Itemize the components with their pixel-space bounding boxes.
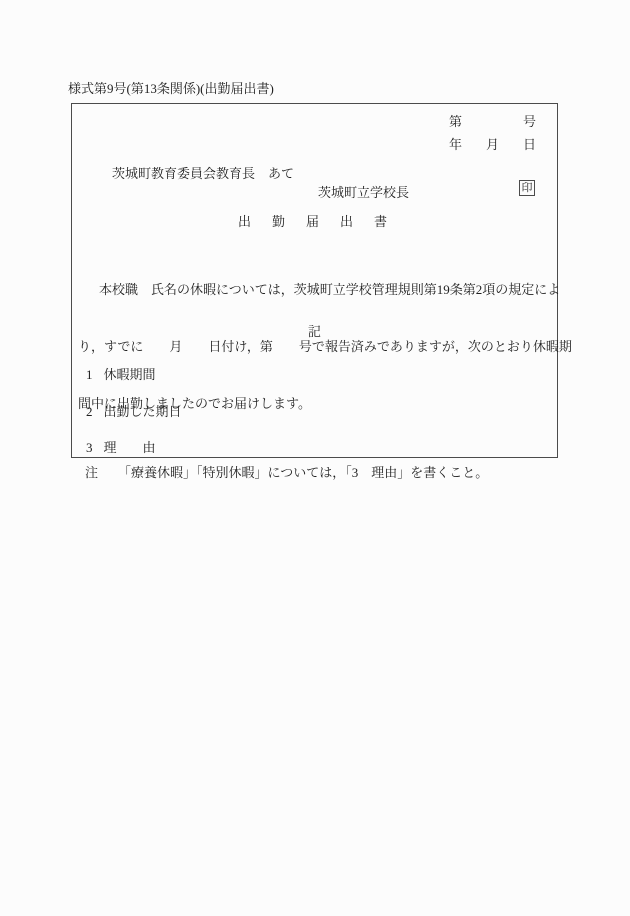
list-item-reason: 3 理 由: [86, 441, 156, 454]
addressee-line: 茨城町教育委員会教育長 あて: [112, 167, 294, 180]
year-label: 年: [449, 138, 462, 151]
day-label: 日: [523, 138, 536, 151]
sender-line: 茨城町立学校長: [318, 186, 409, 199]
body-line-2: り，すでに 月 日付け，第 号で報告済みでありますが，次のとおり休暇期: [78, 337, 554, 356]
body-line-1: 本校職 氏名の休暇については，茨城町立学校管理規則第19条第2項の規定によ: [78, 280, 554, 299]
item-number: 2: [86, 405, 93, 418]
ki-heading: 記: [72, 325, 557, 338]
number-prefix-label: 第: [449, 115, 462, 128]
report-number-row: 第 号: [449, 115, 536, 128]
list-item-attendance-date: 2 出勤した期日: [86, 405, 182, 418]
document-page: 様式第9号(第13条関係)(出勤届出書) 第 号 年 月 日 茨城町教育委員会教…: [0, 0, 630, 916]
number-suffix-label: 号: [523, 115, 536, 128]
document-title: 出 勤 届 出 書: [72, 215, 557, 228]
note-marker: 注: [85, 466, 98, 479]
body-paragraph: 本校職 氏名の休暇については，茨城町立学校管理規則第19条第2項の規定によ り，…: [78, 242, 554, 451]
item-label: 休暇期間: [104, 368, 156, 381]
note-text: 「療養休暇」「特別休暇」については，「3 理由」を書くこと。: [118, 466, 488, 479]
form-border-box: 第 号 年 月 日 茨城町教育委員会教育長 あて 茨城町立学校長 印 出 勤 届…: [71, 103, 558, 458]
form-number-label: 様式第9号(第13条関係)(出勤届出書): [68, 82, 274, 95]
date-row: 年 月 日: [449, 138, 536, 151]
month-label: 月: [486, 138, 499, 151]
item-number: 3: [86, 441, 93, 454]
item-number: 1: [86, 368, 93, 381]
inkan-seal-box: 印: [519, 180, 535, 196]
note-line: 注 「療養休暇」「特別休暇」については，「3 理由」を書くこと。: [85, 466, 488, 479]
item-label: 出勤した期日: [104, 405, 182, 418]
item-label: 理 由: [104, 441, 156, 454]
list-item-vacation-period: 1 休暇期間: [86, 368, 156, 381]
